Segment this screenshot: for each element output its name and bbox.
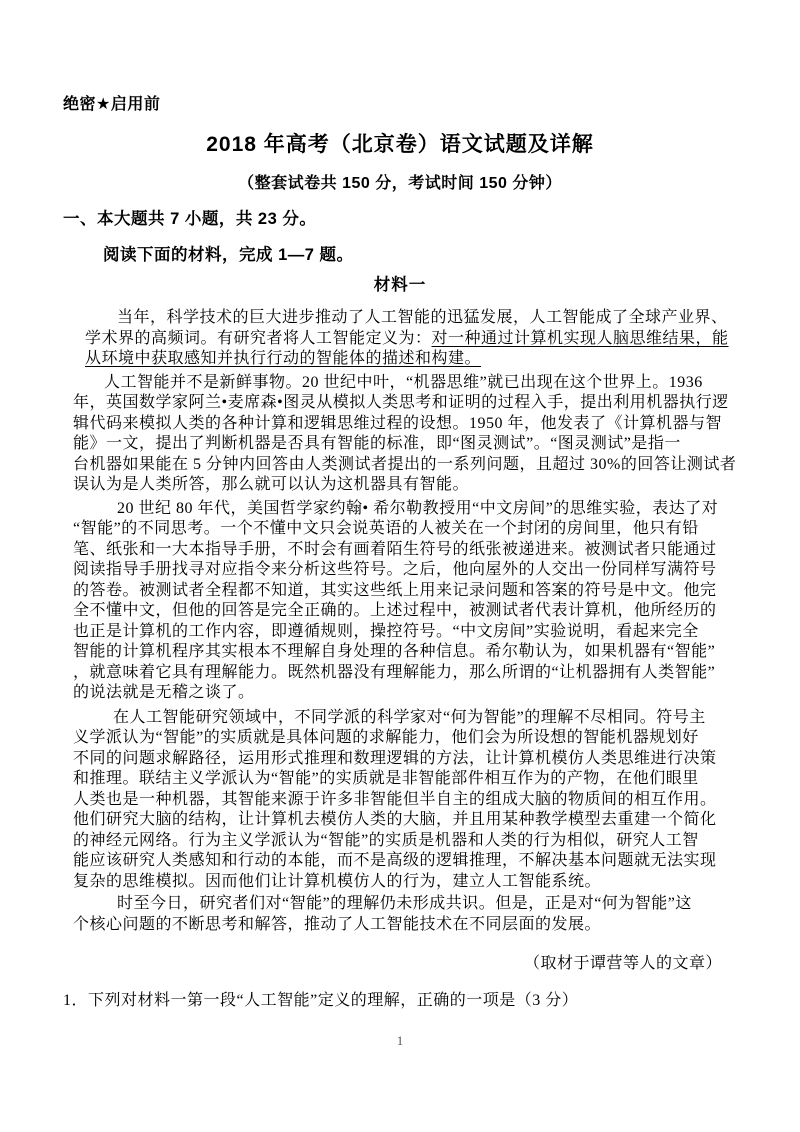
text-line: 辑代码来模拟人类的各种计算和逻辑思维过程的设想。1950 年，他发表了《计算机器… [73, 414, 800, 435]
source-attribution: （取材于谭营等人的文章） [0, 953, 722, 974]
text-line: 智能的计算机程序其实根本不理解自身处理的各种信息。希尔勒认为，如果机器有“智能” [73, 642, 800, 663]
paragraph: 在人工智能研究领域中，不同学派的科学家对“何为智能”的理解不尽相同。符号主义学派… [73, 708, 800, 893]
text-line: 20 世纪 80 年代，美国哲学家约翰• 希尔勒教授用“中文房间”的思维实验，表… [73, 499, 800, 520]
text-line: 年，英国数学家阿兰•麦席森•图灵从模拟人类思考和证明的过程入手，提出利用机器执行… [73, 393, 800, 414]
security-classification: 绝密★启用前 [63, 95, 800, 115]
text-line: 全不懂中文，但他的回答是完全正确的。上述过程中，被测试者代表计算机，他所经历的 [73, 601, 800, 622]
text-line: 学术界的高频词。有研究者将人工智能定义为：对一种通过计算机实现人脑思维结果，能 [85, 329, 800, 350]
text-line: 也正是计算机的工作内容，即遵循规则，操控符号。“中文房间”实验说明，看起来完全 [73, 622, 800, 643]
paragraph: 20 世纪 80 年代，美国哲学家约翰• 希尔勒教授用“中文房间”的思维实验，表… [73, 499, 800, 704]
text-line: 能应该研究人类感知和行动的本能，而不是高级的逻辑推理，不解决基本问题就无法实现 [73, 851, 800, 872]
text-line: 复杂的思维模拟。因而他们让计算机模仿人的行为，建立人工智能系统。 [73, 872, 800, 893]
text-line: 在人工智能研究领域中，不同学派的科学家对“何为智能”的理解不尽相同。符号主 [73, 708, 800, 729]
text-line: “智能”的不同思考。一个不懂中文只会说英语的人被关在一个封闭的房间里，他只有铅 [73, 519, 800, 540]
page-number: 1 [0, 1033, 800, 1049]
question-1: 1．下列对材料一第一段“人工智能”定义的理解，正确的一项是（3 分） [63, 990, 800, 1011]
text-line: 笔、纸张和一大本指导手册，不时会有画着陌生符号的纸张被递进来。被测试者只能通过 [73, 540, 800, 561]
text-line: 的神经元网络。行为主义学派认为“智能”的实质是机器和人类的行为相似，研究人工智 [73, 831, 800, 852]
material-one-body: 当年，科学技术的巨大进步推动了人工智能的迅猛发展，人工智能成了全球产业界、学术界… [0, 308, 800, 935]
document-subtitle: （整套试卷共 150 分，考试时间 150 分钟） [0, 174, 800, 194]
text-line: 和推理。联结主义学派认为“智能”的实质就是非智能部件相互作为的产物，在他们眼里 [73, 769, 800, 790]
document-page: 绝密★启用前 2018 年高考（北京卷）语文试题及详解 （整套试卷共 150 分… [0, 0, 800, 1132]
text-line: 人类也是一种机器，其智能来源于许多非智能但半自主的组成大脑的物质间的相互作用。 [73, 790, 800, 811]
document-title: 2018 年高考（北京卷）语文试题及详解 [0, 132, 800, 158]
text-line: 义学派认为“智能”的实质就是具体问题的求解能力，他们会为所设想的智能机器规划好 [73, 728, 800, 749]
text-line: 阅读指导手册找寻对应指令来分析这些符号。之后，他向屋外的人交出一份同样写满符号 [73, 560, 800, 581]
text-line: 他们研究大脑的结构，让计算机去模仿人类的大脑，并且用某种教学模型去重建一个简化 [73, 810, 800, 831]
section-one-heading: 一、本大题共 7 小题，共 23 分。 [63, 209, 800, 230]
text-line: 时至今日，研究者们对“智能”的理解仍未形成共识。但是，正是对“何为智能”这 [73, 894, 800, 915]
text-line: 能》一文，提出了判断机器是否具有智能的标准，即“图灵测试”。“图灵测试”是指一 [73, 434, 800, 455]
text-line: 不同的问题求解路径，运用形式推理和数理逻辑的方法，让计算机模仿人类思维进行决策 [73, 749, 800, 770]
text-line: 台机器如果能在 5 分钟内回答由人类测试者提出的一系列问题，且超过 30%的回答… [73, 455, 800, 476]
text-line: 当年，科学技术的巨大进步推动了人工智能的迅猛发展，人工智能成了全球产业界、 [85, 308, 800, 329]
reading-instruction: 阅读下面的材料，完成 1—7 题。 [103, 245, 800, 266]
text-line: 个核心问题的不断思考和解答，推动了人工智能技术在不同层面的发展。 [73, 915, 800, 936]
text-line: 的答卷。被测试者全程都不知道，其实这些纸上用来记录问题和答案的符号是中文。他完 [73, 581, 800, 602]
text-line: 的说法就是无稽之谈了。 [73, 683, 800, 704]
text-line: ，就意味着它具有理解能力。既然机器没有理解能力，那么所谓的“让机器拥有人类智能” [73, 663, 800, 684]
material-one-heading: 材料一 [0, 275, 800, 296]
paragraph: 人工智能并不是新鲜事物。20 世纪中叶，“机器思维”就已出现在这个世界上。193… [73, 373, 800, 496]
text-line: 人工智能并不是新鲜事物。20 世纪中叶，“机器思维”就已出现在这个世界上。193… [73, 373, 800, 394]
paragraph: 时至今日，研究者们对“智能”的理解仍未形成共识。但是，正是对“何为智能”这个核心… [73, 894, 800, 935]
paragraph: 当年，科学技术的巨大进步推动了人工智能的迅猛发展，人工智能成了全球产业界、学术界… [85, 308, 800, 370]
text-line: 误认为是人类所答，那么就可以认为这机器具有智能。 [73, 475, 800, 496]
text-line: 从环境中获取感知并执行行动的智能体的描述和构建。 [85, 349, 800, 370]
